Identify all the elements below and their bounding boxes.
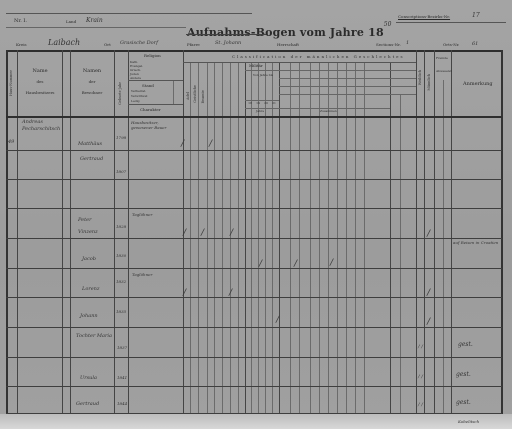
nobility-header: Adel xyxy=(186,92,190,100)
row-8-remark: gest. xyxy=(456,372,471,378)
col-foreign-1 xyxy=(416,50,417,414)
religion-block-title: Religion xyxy=(144,54,161,58)
header-rule-c xyxy=(279,86,416,87)
conscription-value: 17 xyxy=(472,13,480,19)
pfarre-label: Pfarre xyxy=(187,43,200,47)
table-right-border xyxy=(501,50,503,414)
male-header: Männlich xyxy=(427,74,431,91)
row-8-birth: 1841 xyxy=(117,376,127,380)
age-col-19: 19 xyxy=(254,101,262,105)
land-value: Krain xyxy=(86,18,103,24)
military-header: Militär xyxy=(249,64,263,68)
status-bottom-rule xyxy=(128,104,183,105)
status-list: Verheirat. Verwittwet Ledig xyxy=(131,89,148,104)
orts-value: 61 xyxy=(472,42,478,47)
row-4-mark-3: / xyxy=(427,229,430,239)
row-8-resident: Ursula xyxy=(80,376,97,381)
character-header: Charakter xyxy=(140,108,161,112)
page-title-text: Aufnahms-Bogen vom Jahre 18 xyxy=(187,26,384,39)
col-remarks xyxy=(451,50,452,414)
header-rule-1 xyxy=(6,27,186,28)
birth-year-header: Geburts-Jahr xyxy=(118,82,122,105)
row-7-remark: gest. xyxy=(458,342,473,348)
status-divider xyxy=(173,81,174,104)
owner-header-line2: des xyxy=(18,79,62,84)
officials-header: Beamte xyxy=(201,90,205,104)
classification-header: Classification der männlichen Geschlecht… xyxy=(232,55,405,59)
header-bottom-border xyxy=(6,116,502,118)
owner-header-line3: Hausbesitzers xyxy=(18,90,62,95)
row-4-mark-2: / xyxy=(294,259,297,269)
residents-header-line2: der xyxy=(70,79,114,84)
row-line-5 xyxy=(6,268,502,269)
row-1-resident: Gertraud xyxy=(80,157,103,162)
female-header: Weiblich xyxy=(418,70,422,85)
row-3-character: Taglöhner xyxy=(132,213,152,217)
year-suffix: 50 xyxy=(384,21,392,28)
row-5-mark-2: / xyxy=(229,288,232,298)
house-number-header: Haus-Nummer xyxy=(9,70,13,96)
table-top-border xyxy=(6,50,502,52)
col-residents xyxy=(114,50,115,414)
row-5-mark-4: / xyxy=(427,288,430,298)
row-4-remark: auf Reisen in Croatien xyxy=(453,240,499,245)
row-3-mark-3: / xyxy=(230,228,233,238)
row-5-character: Taglöhner xyxy=(132,273,152,277)
land-label: Land xyxy=(66,20,76,24)
residents-header-line1: Namen xyxy=(70,68,114,74)
religion-list: Kath. Evangel. Griech. Juden Andere xyxy=(130,60,143,80)
row-3-mark-2: / xyxy=(201,228,204,238)
ort-label: Ort xyxy=(104,43,111,47)
col-class-24 xyxy=(400,94,401,414)
row-6-mark-2: / xyxy=(427,317,430,327)
conscription-underline xyxy=(396,22,506,23)
row-0-owner: Andreas Pecharschitsch xyxy=(22,119,62,133)
row-9-remark: gest. xyxy=(456,400,471,406)
conscription-label: Conscriptions-Bezirks-Nr. xyxy=(398,15,450,19)
kreis-label: Kreis xyxy=(16,43,27,47)
col-absent-1 xyxy=(434,50,435,414)
row-3-mark-1: / xyxy=(183,228,186,238)
census-sheet: Nr. I. Land Krain Aufnahms-Bogen vom Jah… xyxy=(0,0,512,429)
row-6-resident: Johann xyxy=(80,314,98,319)
pfarre-value: St. Johann xyxy=(215,41,241,46)
residents-name-header: Namen der Bewohner xyxy=(70,68,114,95)
owner-header-line1: Name xyxy=(18,68,62,74)
sections-value: 1 xyxy=(406,41,409,46)
orts-label: Orts-Nr. xyxy=(443,43,459,47)
religion-bottom-rule xyxy=(128,80,183,81)
row-5-mark-1: / xyxy=(183,288,186,298)
sections-label: Sections-Nr. xyxy=(376,43,401,47)
row-0-resident: Matthäus xyxy=(78,142,102,147)
col-owner-sub xyxy=(70,50,71,414)
age-group-label: Jahre xyxy=(256,110,264,113)
page-title: Aufnahms-Bogen vom Jahre 1850 xyxy=(187,21,391,40)
title-underline xyxy=(186,34,266,35)
row-0-house-number: 49 xyxy=(8,140,14,145)
age-range-header: Von Jahre bis xyxy=(253,74,273,77)
classification-header-rule xyxy=(183,62,416,63)
header-rule-d xyxy=(279,94,416,95)
page-bottom-edge xyxy=(0,414,512,429)
header-rule-a xyxy=(245,70,416,71)
row-3-resident: Peter Vinzenz xyxy=(78,214,112,238)
col-absent-2 xyxy=(443,80,444,414)
status-single: Ledig xyxy=(131,99,148,104)
row-line-2 xyxy=(6,179,502,180)
row-9-birth: 1844 xyxy=(117,402,127,406)
row-9-mark: / / xyxy=(418,403,423,408)
header-rule-b xyxy=(279,78,416,79)
age-col-18: 18 xyxy=(246,101,254,105)
row-5-mark-3: / xyxy=(330,258,333,268)
herrschaft-label: Herrschaft xyxy=(277,43,299,47)
signature: Kobelitsch xyxy=(458,420,479,424)
row-7-birth: 1837 xyxy=(117,346,127,350)
row-7-resident: Tochter Maria xyxy=(76,329,112,343)
row-3-birth: 1828 xyxy=(116,225,126,229)
row-0-mark: / xyxy=(181,139,184,149)
row-line-1 xyxy=(6,150,502,151)
kreis-value: Laibach xyxy=(48,39,80,47)
row-7-mark: / / xyxy=(418,345,423,350)
total-label: Zusammen xyxy=(320,110,337,113)
religion-andere: Andere xyxy=(130,76,143,80)
row-4-mark-1: / xyxy=(259,259,262,269)
sheet-number: Nr. I. xyxy=(14,19,27,24)
foreign-header: Fremde xyxy=(436,57,448,60)
col-foreign-2 xyxy=(424,50,425,414)
top-border-left xyxy=(6,13,252,14)
ort-value: Grasische Dorf xyxy=(120,41,158,46)
row-9-resident: Gertraud xyxy=(76,402,99,407)
row-line-8 xyxy=(6,357,502,358)
residents-header-line3: Bewohner xyxy=(70,90,114,95)
row-8-mark: / / xyxy=(418,375,423,380)
age-col-21: 21 xyxy=(270,101,278,105)
row-1-birth: 1807 xyxy=(116,170,126,174)
owner-name-header: Name des Hausbesitzers xyxy=(18,68,62,95)
remarks-header: Anmerkung xyxy=(463,82,493,87)
table-left-border xyxy=(6,50,8,414)
col-owner-name xyxy=(62,50,63,414)
row-0-birth: 1798 xyxy=(116,136,126,140)
row-5-resident: Lorenz xyxy=(82,287,100,292)
row-6-birth: 1835 xyxy=(116,310,126,314)
row-6-mark-1: / xyxy=(276,315,279,325)
status-block-title: Stand xyxy=(142,84,154,88)
row-line-7 xyxy=(6,327,502,328)
row-line-3 xyxy=(6,208,502,209)
age-col-20: 20 xyxy=(262,101,270,105)
row-0-character: Hausbesitzer, gewesener Bauer xyxy=(131,120,181,130)
absent-header: Abwesend xyxy=(436,70,452,73)
col-house-number xyxy=(17,50,18,414)
row-line-9 xyxy=(6,386,502,387)
row-4-birth: 1830 xyxy=(116,254,126,258)
row-5-birth: 1832 xyxy=(116,280,126,284)
clergy-header: Geistliche xyxy=(193,85,197,103)
row-4-resident: Jacob xyxy=(82,257,96,262)
row-0-mark-2: / xyxy=(209,139,212,149)
age-columns: 18 19 20 21 xyxy=(246,101,278,105)
